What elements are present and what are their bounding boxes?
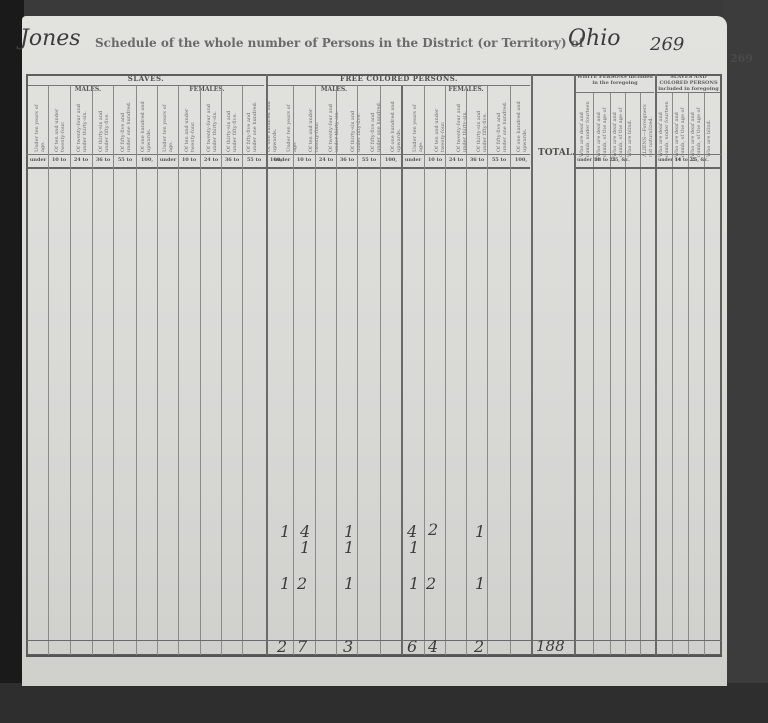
grid-line (315, 86, 316, 656)
age-cell: 55 to 100 (358, 156, 380, 165)
age-cell: 10 to 24 (179, 156, 199, 165)
table-bottom-rule (26, 655, 722, 657)
col-desc: Who are deaf and dumb, under fourteen ye… (579, 97, 591, 157)
age-cell: under 10 (272, 156, 292, 165)
grid-line (688, 92, 689, 656)
grid-line (625, 92, 626, 656)
page-header-printed: Schedule of the whole number of Persons … (95, 36, 584, 50)
grid-line (704, 92, 705, 656)
grid-line (178, 86, 179, 656)
grid-line (610, 92, 611, 656)
grid-line (445, 86, 446, 656)
grid-line (136, 86, 137, 656)
entry-mark: 1 (475, 574, 485, 593)
age-cell: 36 to 55 (93, 156, 113, 165)
entry-mark: 1 (475, 522, 485, 541)
col-desc: Under ten years of age. (34, 97, 46, 152)
age-cell: 100, &c. (137, 156, 157, 165)
scan-border-bottom (0, 683, 768, 723)
page-number-handwritten: 269 (650, 34, 684, 55)
slaves-males-label: MALES. (28, 86, 148, 96)
entry-mark: 1 (280, 574, 290, 593)
col-desc: Who are deaf and dumb, of the age of twe… (690, 97, 702, 157)
scan-border-left (0, 0, 24, 723)
col-desc: Of thirty-six and under fifty-five. (350, 97, 362, 152)
column-total: 4 (428, 637, 438, 656)
grand-total: 188 (536, 637, 565, 655)
column-total: 7 (297, 637, 307, 656)
scan-border-right (723, 0, 768, 723)
age-cell: 24 to 36 (71, 156, 91, 165)
col-desc: Of ten and under twenty-four. (184, 97, 196, 152)
grid-line (672, 92, 673, 656)
grid-line (593, 92, 594, 656)
age-cell: under 10 (403, 156, 423, 165)
column-total: 2 (474, 637, 484, 656)
grid-line (510, 86, 511, 656)
total-column-label: TOTAL. (538, 148, 575, 158)
col-desc: Under ten years of age. (162, 97, 174, 152)
slaves-section-title: SLAVES. (28, 74, 264, 86)
entry-mark: 2 (426, 574, 436, 593)
age-cell: 55 to 100 (488, 156, 510, 165)
grid-line (157, 86, 158, 656)
col-desc: Under ten years of age. (286, 97, 298, 152)
section-divider (266, 74, 268, 656)
grid-line (336, 86, 337, 656)
grid-line (424, 86, 425, 656)
col-desc: ALIENS—Foreigners not naturalized. (642, 97, 654, 157)
age-cell: under 10 (28, 156, 48, 165)
age-cell: 55 to 100 (243, 156, 265, 165)
slaves-females-label: FEMALES. (148, 86, 266, 96)
col-desc: Of twenty-four and under thirty-six. (76, 97, 88, 152)
age-cell: 36 to 55 (222, 156, 242, 165)
col-desc: Who are blind. (627, 97, 639, 157)
grid-line (200, 86, 201, 656)
column-total: 2 (277, 637, 287, 656)
column-total: 3 (343, 637, 353, 656)
age-cell: 100, &c. (381, 156, 401, 165)
age-cell: 24 to 36 (201, 156, 221, 165)
age-cell: 55 to 100 (114, 156, 136, 165)
grid-line (357, 86, 358, 656)
col-desc: Of fifty-five and under one hundred. (120, 97, 132, 152)
grid-line (113, 86, 114, 656)
entry-mark: 2 (297, 574, 307, 593)
age-cell: 36 to 55 (467, 156, 487, 165)
col-desc: Of thirty-six and under fifty-five. (98, 97, 110, 152)
state-name-handwritten: Ohio (568, 26, 621, 51)
age-cell: 36 to 55 (337, 156, 357, 165)
col-desc: Who are deaf and dumb, of the age of fou… (674, 97, 686, 157)
section-divider (401, 86, 403, 656)
grid-line (70, 86, 71, 656)
grid-line (48, 86, 49, 656)
page-number-printed: 269 (730, 52, 753, 65)
slaves-colored-title: SLAVES AND COLORED PERSONS included in f… (657, 74, 720, 93)
age-cell: 10 to 24 (49, 156, 69, 165)
grid-line (380, 86, 381, 656)
age-cell: 100, &c. (511, 156, 531, 165)
age-cell: 24 to 36 (446, 156, 466, 165)
col-desc: Of fifty-five and under one hundred. (496, 97, 508, 152)
col-desc: Who are deaf and dumb, of the age of fou… (596, 97, 608, 157)
age-cell: 24 to 36 (316, 156, 336, 165)
grid-line (640, 92, 641, 656)
white-persons-title: WHITE PERSONS included in the foregoing (576, 74, 654, 93)
grid-line (242, 86, 243, 656)
col-desc: Of twenty-four and under thirty-six. (206, 97, 218, 152)
entry-mark: 1 (344, 574, 354, 593)
totals-row-rule (26, 640, 722, 641)
age-cell: 10 to 24 (294, 156, 314, 165)
col-desc: Of ten and under twenty-four. (54, 97, 66, 152)
right-age-row (576, 154, 721, 169)
entry-mark: 1 (409, 574, 419, 593)
col-desc: Under ten years of age. (412, 97, 424, 152)
col-desc: Of one hundred and upwards. (140, 97, 152, 152)
age-cell: under 10 (158, 156, 178, 165)
column-total: 6 (407, 637, 417, 656)
grid-line (466, 86, 467, 656)
col-desc: Who are blind. (706, 97, 718, 157)
entry-mark: 1 (280, 522, 290, 541)
col-desc: Of ten and under twenty-four. (308, 97, 320, 152)
free-colored-section-title: FREE COLORED PERSONS. (268, 74, 530, 86)
entry-mark: 1 (409, 538, 419, 557)
col-desc: Who are deaf and dumb, under fourteen ye… (658, 97, 670, 157)
col-desc: Of one hundred and upwards. (516, 97, 528, 152)
col-desc: Of thirty-six and under fifty-five. (226, 97, 238, 152)
col-desc: Of fifty-five and under one hundred. (246, 97, 258, 152)
entry-mark: 1 (300, 538, 310, 557)
grid-line (92, 86, 93, 656)
county-name-handwritten: Jones (20, 26, 81, 51)
age-cell: 10 to 24 (425, 156, 445, 165)
col-desc: Who are deaf and dumb, of the age of twe… (612, 97, 624, 157)
entry-mark: 2 (428, 520, 438, 539)
grid-line (487, 86, 488, 656)
grid-line (221, 86, 222, 656)
col-desc: Of twenty-four and under thirty-six. (328, 97, 340, 152)
entry-mark: 1 (344, 538, 354, 557)
grid-line (293, 86, 294, 656)
